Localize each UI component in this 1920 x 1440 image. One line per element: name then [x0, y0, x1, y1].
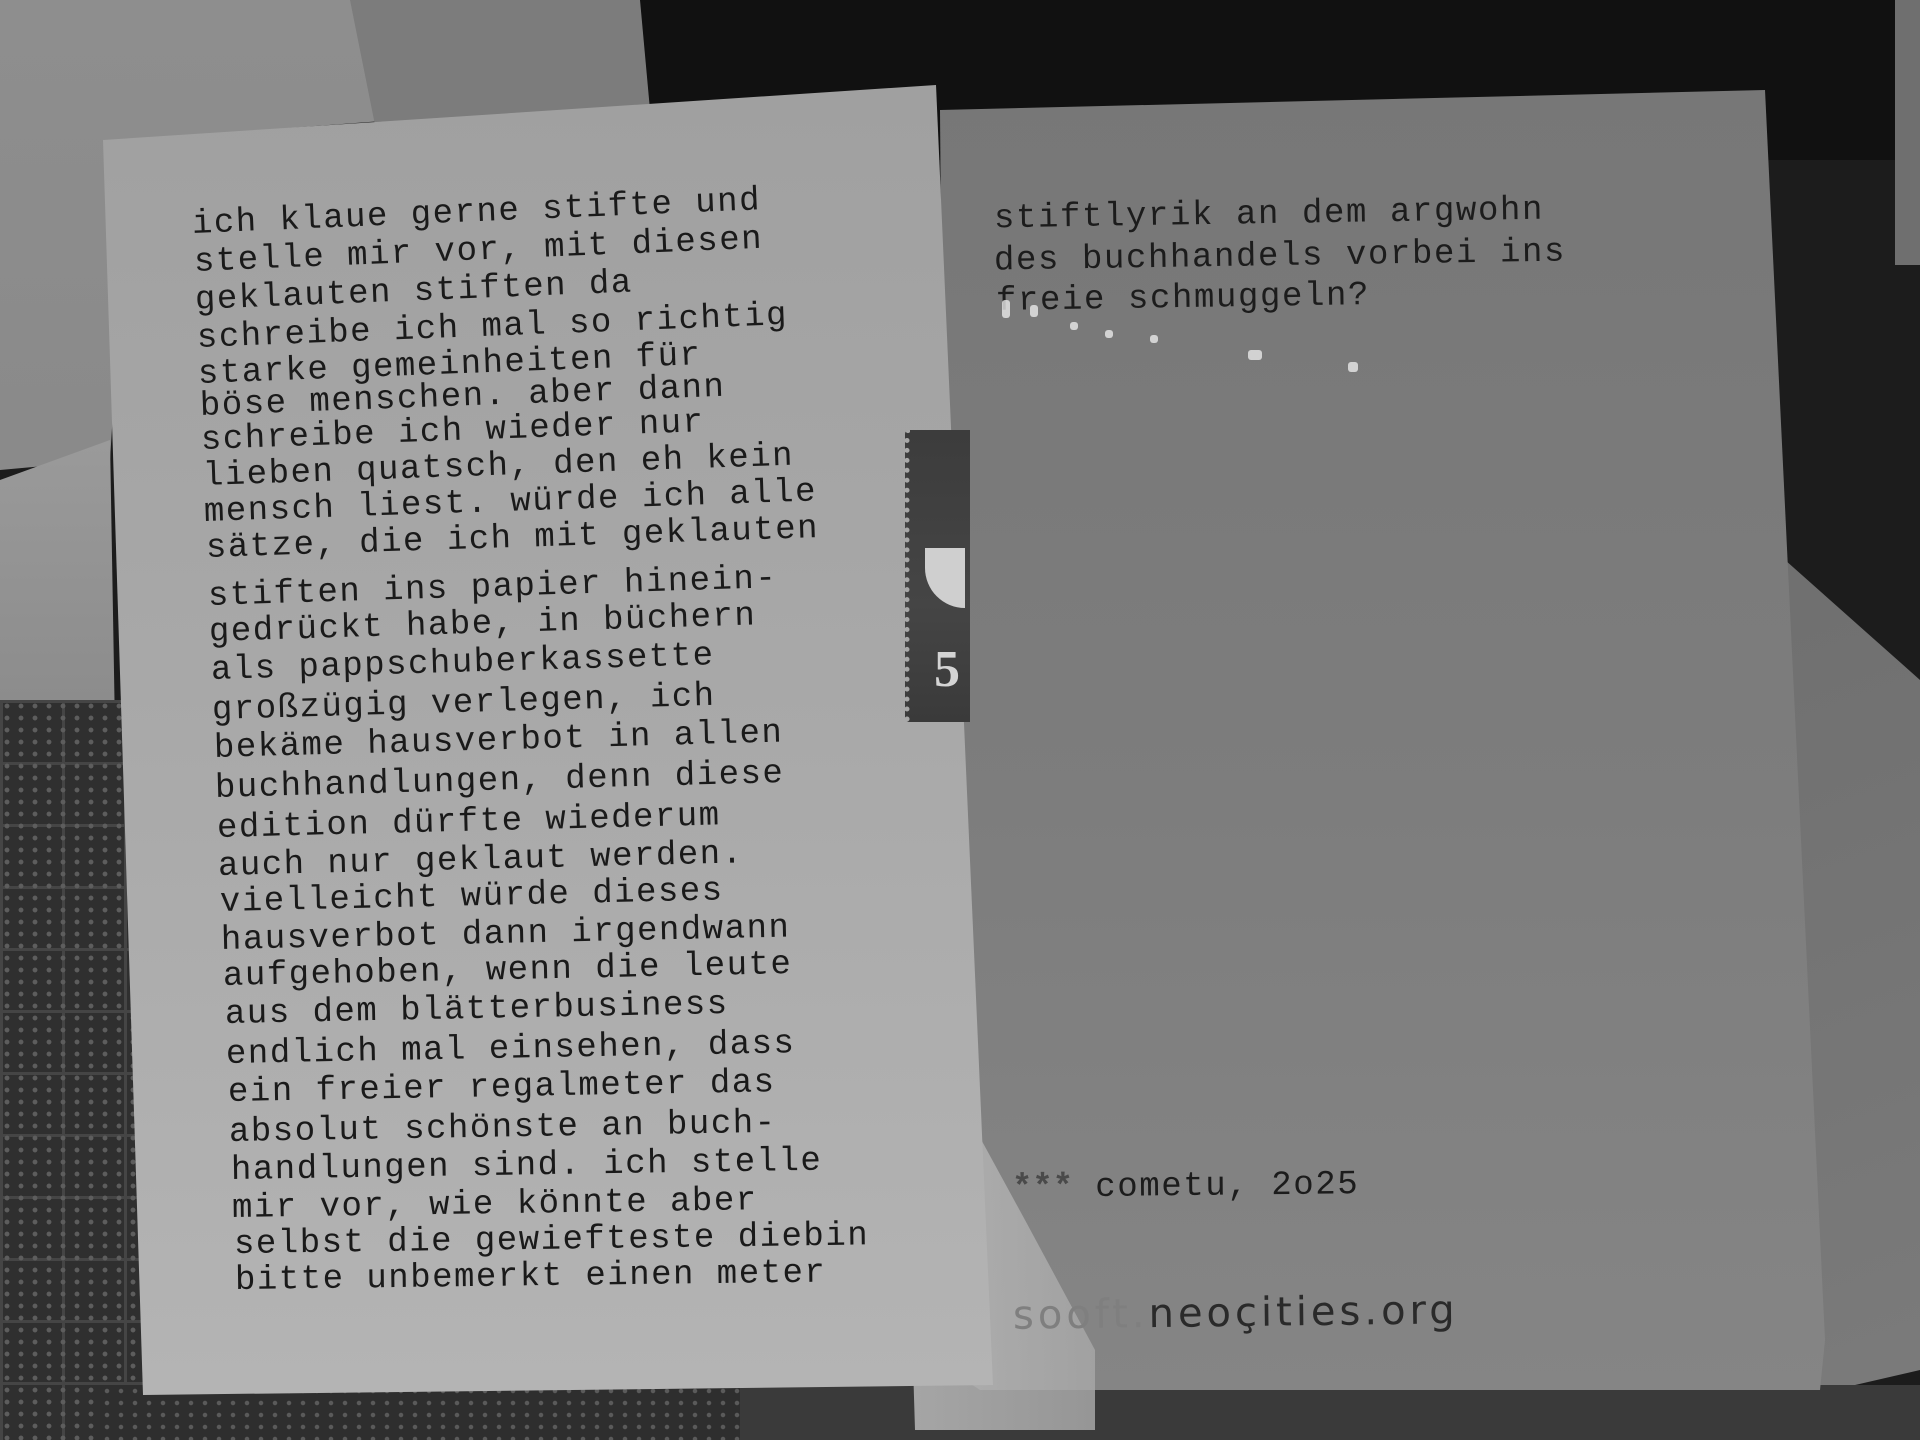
- right-card-line: freie schmuggeln?: [996, 277, 1371, 321]
- glare-fleck: [1030, 305, 1038, 317]
- background-paper-edge: [0, 440, 130, 740]
- glare-fleck: [1248, 350, 1262, 360]
- glare-fleck: [1348, 362, 1358, 372]
- background-card-corner: [1895, 0, 1920, 265]
- glare-fleck: [1150, 335, 1158, 343]
- website-stamp: sooft.neoçities.org: [1013, 1287, 1459, 1338]
- glare-fleck: [1105, 330, 1113, 338]
- glare-fleck: [1002, 300, 1010, 318]
- poem-line: bitte unbemerkt einen meter: [235, 1255, 827, 1300]
- signature-text: cometu, 2o25: [1095, 1166, 1359, 1207]
- signature: *** cometu, 2o25: [1012, 1166, 1360, 1208]
- website-faded-part: sooft.: [1013, 1291, 1149, 1339]
- stamp-value: 5: [934, 640, 960, 699]
- website-dark-part: neoçities.org: [1148, 1287, 1459, 1337]
- glare-fleck: [1070, 322, 1078, 330]
- signature-marks: ***: [1012, 1169, 1074, 1208]
